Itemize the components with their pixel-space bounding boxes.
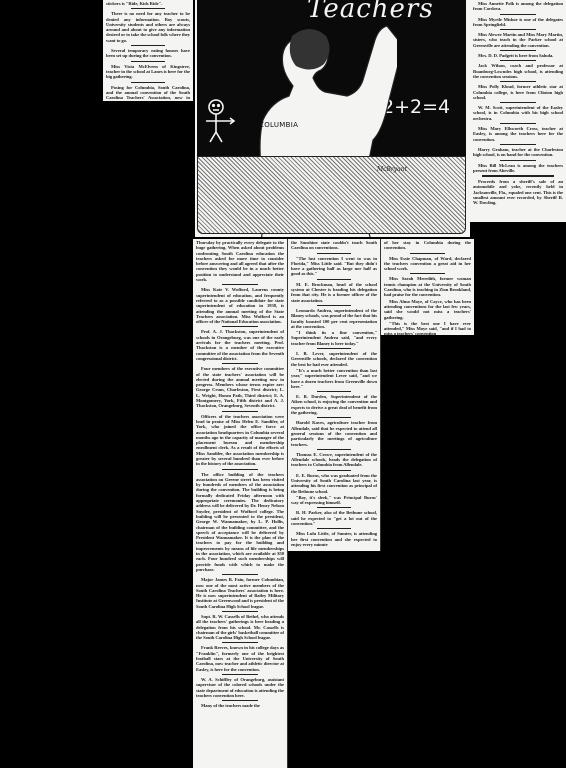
section-divider	[317, 348, 351, 349]
article-paragraph: Frank Reeves, known in his college days …	[196, 645, 284, 671]
article-paragraph: Supt. R. W. Cassells of Bethel, who atte…	[196, 614, 284, 640]
article-column-2: the Sunshine state couldn't touch South …	[288, 239, 380, 551]
article-paragraph: Miss Vista McElveen of Kingstree, teache…	[106, 64, 190, 80]
section-divider	[222, 642, 257, 643]
article-paragraph: Leonardo Andrea, superintendent of the B…	[291, 308, 377, 329]
article-paragraph: Miss Polly Kloud, former athletic star a…	[473, 84, 563, 100]
section-divider	[222, 611, 257, 612]
section-divider	[482, 175, 554, 177]
section-divider	[317, 417, 351, 418]
artist-signature: McBryant	[377, 166, 407, 173]
article-paragraph: Miss Lulu Little, of Sumter, is attendin…	[291, 531, 377, 547]
article-paragraph: E. E. Burns, who was graduated from the …	[291, 473, 377, 494]
section-divider	[410, 253, 445, 254]
section-divider	[222, 574, 257, 575]
section-divider	[410, 273, 445, 274]
section-divider	[500, 29, 536, 30]
article-paragraph: Jack Wilson, coach and professor at Ruan…	[473, 63, 563, 79]
article-paragraph: W. M. Scott, superintendent of the Easle…	[473, 105, 563, 121]
article-paragraph: Miss Myrtle Mishoe is one of the delegat…	[473, 17, 563, 28]
article-paragraph: Miss Essie Chapman, of Ward, declared th…	[384, 256, 471, 272]
article-paragraph: E. B. Durden, Superintendent of the Aike…	[291, 394, 377, 415]
article-paragraph: Mrs. D. D. Padgett is here from Saluda.	[473, 53, 563, 58]
section-divider	[222, 284, 257, 285]
section-divider	[500, 160, 536, 161]
article-paragraph: I. B. Lever, superintendent of the Green…	[291, 351, 377, 367]
left-fragment-column: stickers is "Ride, Kids Ride". There is …	[103, 0, 193, 101]
right-upper-column: Miss Annette Polk is among the delegatio…	[470, 0, 566, 222]
cartoon-illustration: Teachers 2+2=4 COLUMBIA McBryant	[195, 0, 470, 237]
section-divider	[131, 61, 165, 62]
article-paragraph: Miss Alewee Martin and Miss Mary Martin,…	[473, 32, 563, 48]
article-paragraph: Harry Graham, teacher at the Charleston …	[473, 147, 563, 158]
section-divider	[317, 470, 351, 471]
section-divider	[317, 279, 351, 280]
article-paragraph: stickers is "Ride, Kids Ride".	[106, 1, 190, 6]
article-paragraph: Posing for Columbia, South Carolina, and…	[106, 85, 190, 101]
article-paragraph: of her stay in Columbia during the conve…	[384, 240, 471, 251]
article-paragraph: M. E. Brockman, head of the school syste…	[291, 282, 377, 303]
article-paragraph: Miss Bill McLean is among the teachers p…	[473, 163, 563, 174]
article-paragraph: Prof. A. J. Thackston, superintendent of…	[196, 329, 284, 361]
section-divider	[500, 50, 536, 51]
article-paragraph: Miss Sarah Meredith, former woman tennis…	[384, 276, 471, 297]
section-divider	[131, 45, 165, 46]
section-divider	[222, 469, 257, 470]
article-paragraph: Four members of the executive committee …	[196, 366, 284, 408]
article-paragraph: the Sunshine state couldn't touch South …	[291, 240, 377, 251]
hatched-floor	[197, 156, 466, 234]
article-paragraph: R. H. Parker, also of the Bethune school…	[291, 510, 377, 526]
section-divider	[131, 8, 165, 9]
article-paragraph: The office building of the teachers asso…	[196, 472, 284, 573]
section-divider	[222, 700, 257, 701]
section-divider	[222, 326, 257, 327]
article-paragraph: "The last convention I went to was in Fl…	[291, 256, 377, 277]
article-paragraph: Harold Kaves, agriculture teacher from A…	[291, 420, 377, 446]
article-paragraph: There is no need for any teacher to be d…	[106, 11, 190, 43]
article-paragraph: Thursday by practically every delegate t…	[196, 240, 284, 282]
section-divider	[500, 123, 536, 124]
section-divider	[222, 411, 257, 412]
article-column-1: Thursday by practically every delegate t…	[193, 239, 287, 768]
section-divider	[222, 363, 257, 364]
article-paragraph: Miss Mary Ellsworth Cross, teacher at Ea…	[473, 126, 563, 142]
article-paragraph: Miss Kate V. Wofford, Laurens county sup…	[196, 287, 284, 324]
article-paragraph: Officers of the teachers association wer…	[196, 414, 284, 467]
stick-figure-icon	[202, 95, 242, 151]
section-divider	[317, 305, 351, 306]
section-divider	[500, 81, 536, 82]
article-paragraph: Miss Annette Polk is among the delegatio…	[473, 1, 563, 12]
section-divider	[222, 674, 257, 675]
section-divider	[500, 14, 536, 15]
section-divider	[317, 507, 351, 508]
article-paragraph: "This is the best one I have ever attend…	[384, 321, 471, 335]
article-paragraph: Miss Alma Moye, of Cayce, who has been a…	[384, 299, 471, 320]
article-column-3: of her stay in Columbia during the conve…	[381, 239, 474, 335]
section-divider	[131, 82, 165, 83]
section-divider	[317, 449, 351, 450]
section-divider	[317, 391, 351, 392]
article-paragraph: Several temporary eating houses have bee…	[106, 48, 190, 59]
section-divider	[500, 60, 536, 61]
section-divider	[317, 253, 351, 254]
section-divider	[500, 144, 536, 145]
shirt-lettering: COLUMBIA	[259, 121, 298, 129]
section-divider	[500, 102, 536, 103]
article-paragraph: "Boy, it's sleek," was Principal Burns' …	[291, 495, 377, 506]
article-paragraph: Proceeds from a sheriff's sale of an aut…	[473, 179, 563, 205]
article-paragraph: "It's a much better convention than last…	[291, 368, 377, 389]
article-paragraph: Many of the teachers made the	[196, 703, 284, 708]
article-paragraph: Major James B. Fain, former Columbian, n…	[196, 577, 284, 609]
article-paragraph: "I think its a fine convention," Superin…	[291, 330, 377, 346]
section-divider	[317, 528, 351, 529]
article-paragraph: Thomas E. Crowe, superintendent of the A…	[291, 452, 377, 468]
article-paragraph: W. A. Schiffley of Orangeburg, assistant…	[196, 677, 284, 698]
chalkboard: Teachers 2+2=4 COLUMBIA	[197, 0, 466, 156]
